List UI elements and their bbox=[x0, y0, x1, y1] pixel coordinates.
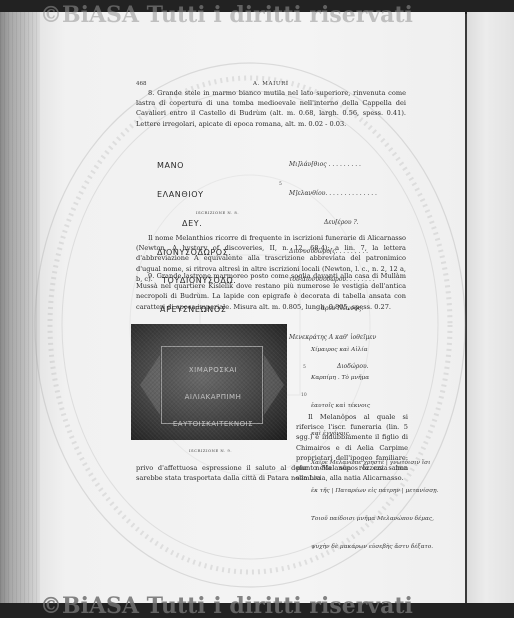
line-number: 10 bbox=[301, 393, 307, 398]
book-page-edges bbox=[0, 12, 44, 606]
inscription-line: ΔΕΥ. bbox=[157, 219, 271, 229]
commentary-9-continuation: privo d'affettuosa espressione il saluto… bbox=[136, 463, 408, 483]
page-number: 468 bbox=[136, 81, 147, 87]
transcription-line: ἐκ τῆς | Παταρέων εἰς πάτρην | μετανίσσῃ… bbox=[311, 487, 439, 496]
transcription-line: Χίμαιρος καὶ Αἰλία bbox=[311, 346, 439, 355]
photo-grain bbox=[131, 324, 287, 440]
transcription-line: Τοιοῦ παίδοισι μνῆμα Μελανώπου δέμας, bbox=[311, 515, 439, 524]
inscription-8-caption: ISCRIZIONE N. 8. bbox=[196, 210, 239, 215]
inscription-line: ΜΑΝΟ bbox=[157, 161, 271, 171]
transcription-line: Δευ[έρου ?. bbox=[289, 218, 377, 228]
scanned-book-spread: ©BiASA Tutti i diritti riservati 468 A. … bbox=[0, 0, 514, 618]
transcription-line: ἑαυτοῖς καὶ τέκνοις bbox=[311, 402, 439, 411]
transcription-line: Μι]λάν[θιος . . . . . . . . . bbox=[289, 160, 377, 170]
copyright-watermark-top: ©BiASA Tutti i diritti riservati bbox=[40, 2, 413, 28]
entry-9-paragraph: 9. Grande lastrone marmoreo posto come s… bbox=[136, 271, 406, 312]
facing-page-edge bbox=[467, 12, 514, 606]
transcription-line: ψυχὴν δὲ μακάρων εὐσεβὴς ἄστυ δέξατο. bbox=[311, 543, 439, 552]
entry-8-paragraph: 8. Grande stele in marmo bianco mutila n… bbox=[136, 88, 406, 129]
inscription-9-caption: ISCRIZIONE N. 9. bbox=[189, 448, 232, 453]
line-number: 5 bbox=[279, 182, 282, 187]
line-number: 5 bbox=[303, 365, 306, 370]
transcription-line: Μ]ελανθίου. . . . . . . . . . . . . . bbox=[289, 189, 377, 199]
inscription-line: ΕΛΑΝΘΙΟΥ bbox=[157, 190, 271, 200]
copyright-watermark-bottom: ©BiASA Tutti i diritti riservati bbox=[40, 593, 413, 618]
running-head: A. MAIURI bbox=[253, 81, 289, 87]
transcription-line: Καρπίμη . Τὸ μνῆμα bbox=[311, 374, 439, 383]
inscription-9-photograph: ΧΙΜΑΡΟΣΚΑΙ ΑΙΛΙΑΚΑΡΠΙΜΗ ΕΑΥΤΟΙΣΚΑΙΤΕΚΝΟΙ… bbox=[131, 324, 287, 440]
